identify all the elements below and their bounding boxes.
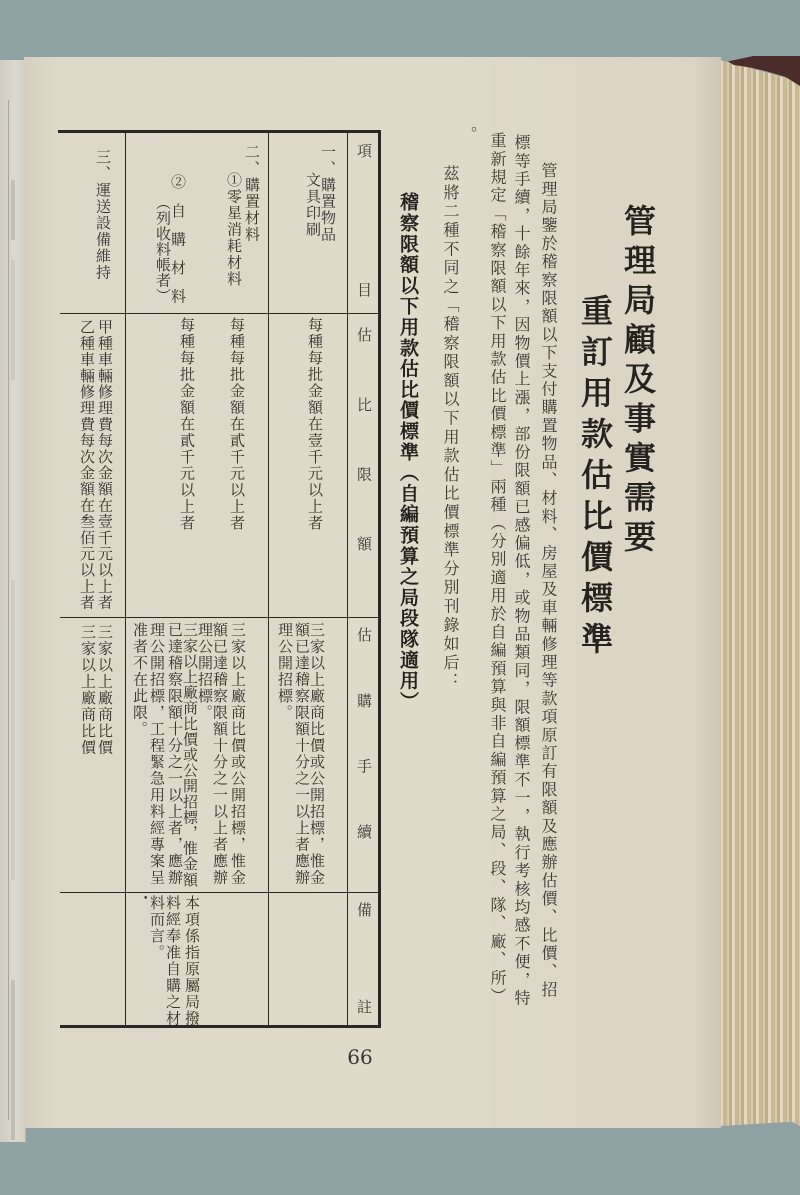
table-top-rule <box>58 130 381 133</box>
row2-subitem2-procedure-col2: 已達稽察限額十分之一以上者，應辦 <box>167 622 182 886</box>
row2-remarks-col1: 本項係指原屬局撥 <box>184 895 199 1027</box>
row2-subitem2-label: ②自購材料 <box>170 174 185 305</box>
intro-closing-mark: 。 <box>460 126 476 142</box>
intro-column-3: 重新規定「稽察限額以下用款估比價標準」兩種（分別適用於自編預算與非自編預算之局、… <box>489 132 505 1006</box>
row1-procedure-col1: 三家以上廠商比價或公開招標，惟金 <box>309 622 324 886</box>
header-item: 項目 <box>356 143 371 297</box>
row1-procedure-col3: 理公開招標。 <box>277 622 292 721</box>
intro-column-2: 標等手續，十餘年來，因物價上漲，部份限額已感偏低，或物品類同，限額標準不一，執行… <box>513 134 529 1008</box>
header-procedure: 估購手續 <box>356 627 371 839</box>
header-limit: 估比限額 <box>356 327 371 551</box>
row1-procedure-col2: 額已達稽察限額十分之一以上者應辦 <box>294 622 309 886</box>
table-right-border <box>378 130 381 1028</box>
facing-page-rule <box>8 100 9 1120</box>
row3-limit-type-a: 甲種車輛修理費每次金額在壹千元以上者 <box>97 319 112 611</box>
row2-subitem2-limit: 每種每批金額在貳千元以上者 <box>179 317 194 532</box>
row2-remarks-col2: 料經奉准自購之材 <box>165 895 180 1027</box>
section-divider-procedure-remarks <box>60 892 378 893</box>
row2-subitem1-procedure-col2: 額已達稽察限額十分之一以上者應辦 <box>212 622 227 886</box>
row2-subitem2-procedure-col3: 理公開招標，工程緊急用料經專案呈 <box>149 622 164 886</box>
table-bottom-rule <box>60 1025 381 1028</box>
header-remarks: 備註 <box>356 902 371 1014</box>
row1-limit: 每種每批金額在壹千元以上者 <box>307 317 322 532</box>
row2-remarks-col3: 料而言。 <box>149 895 164 961</box>
row2-subitem1-limit: 每種每批金額在貳千元以上者 <box>229 317 244 532</box>
row2-subitem2-note: （列收料帳者） <box>155 195 170 304</box>
row2-subitem1-label: ①零星消耗材料 <box>226 172 241 288</box>
row2-item: 二、購置材料 <box>244 144 259 243</box>
row3-limit-type-b: 乙種車輛修理費每次金額在叁佰元以上者 <box>79 319 94 611</box>
row2-subitem2-procedure-col1: 三家以上廠商比價或公開招標，惟金額 <box>182 622 197 887</box>
row3-procedure-type-b: 三家以上廠商比價 <box>80 624 95 756</box>
table-title: 稽察限額以下用款估比價標準（自編預算之局段隊適用） <box>398 192 417 712</box>
facing-page-text-fragment <box>11 180 15 240</box>
row2-remarks-mark: • <box>143 895 148 904</box>
intro-column-1: 管理局鑒於稽察限額以下支付購置物品、材料、房屋及車輛修理等款項原訂有限額及應辦估… <box>540 162 556 999</box>
facing-page-text-fragment <box>11 980 15 1140</box>
facing-page-text-fragment <box>11 580 15 880</box>
section-divider-limit-procedure <box>60 617 378 618</box>
row2-subitem1-procedure-col3: 理公開招標。 <box>197 622 212 721</box>
row1-item-detail: 文具印刷 <box>305 172 320 238</box>
row1-item: 一、購置物品 <box>320 144 335 243</box>
page-number: 66 <box>330 1045 390 1069</box>
section-divider-item-limit <box>60 313 378 314</box>
article-title-line-2: 重訂用款估比價標準 <box>579 294 611 663</box>
row2-subitem1-procedure-col1: 三家以上廠商比價或公開招標，惟金 <box>230 622 245 886</box>
facing-page-edge <box>0 60 26 1142</box>
row3-item: 三、運送設備維持 <box>95 149 110 281</box>
row2-subitem2-procedure-col4: 准者不在此限。 <box>132 622 147 738</box>
article-title-line-1: 管理局顧及事實需要 <box>622 204 654 560</box>
listing-note: 茲將二種不同之「稽察限額以下用款估比價標準分別刊錄如后： <box>442 165 458 691</box>
page-stack-edge <box>720 60 800 1126</box>
row3-procedure-type-a: 三家以上廠商比價 <box>97 624 112 756</box>
facing-page-text-fragment <box>11 260 15 380</box>
